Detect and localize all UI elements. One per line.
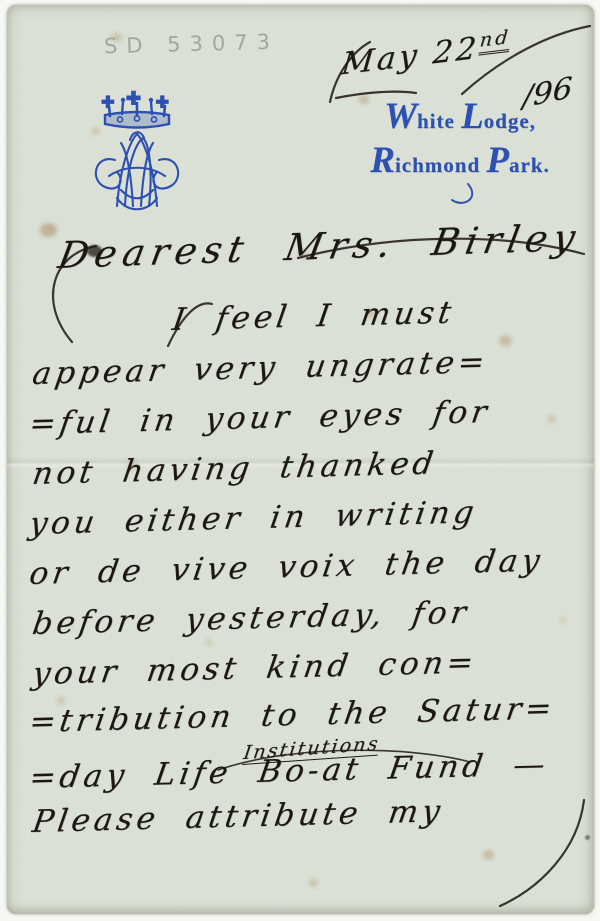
scan-background: { "document_type": "handwritten-letter-s… (0, 0, 600, 921)
date-ordinal: nd (478, 26, 511, 56)
foxing-spot (483, 850, 494, 860)
foxing-spot (91, 127, 100, 135)
dark-speck (585, 835, 590, 840)
pencil-accession-number: SD 53073 (104, 30, 280, 59)
foxing-spot (359, 95, 369, 104)
foxing-spot (40, 223, 57, 237)
foxing-spot (547, 415, 556, 423)
foxing-spot (205, 639, 213, 646)
foxing-spot (559, 617, 566, 624)
foxing-spot (499, 335, 512, 346)
foxing-spot (309, 879, 318, 887)
handwritten-line: I feel I must (170, 295, 457, 338)
